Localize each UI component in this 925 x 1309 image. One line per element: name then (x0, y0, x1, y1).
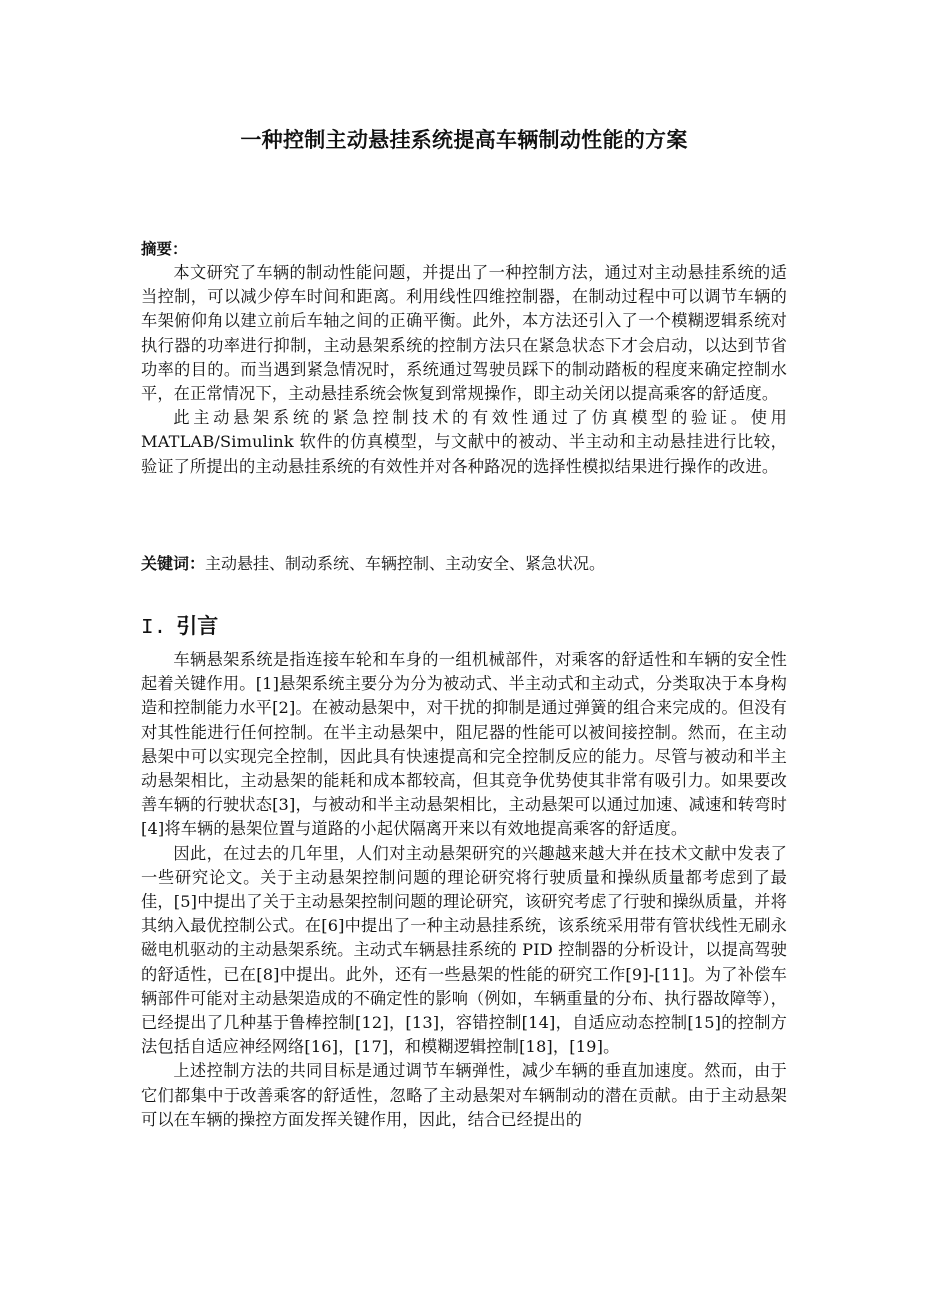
body-paragraph: 车辆悬架系统是指连接车轮和车身的一组机械部件，对乘客的舒适性和车辆的安全性起着关… (141, 648, 787, 842)
body-paragraph: 上述控制方法的共同目标是通过调节车辆弹性，减少车辆的垂直加速度。然而，由于它们都… (141, 1059, 787, 1132)
abstract-label: 摘要： (141, 237, 188, 259)
keywords-label: 关键词： (141, 554, 205, 573)
section-heading: I.引言 (141, 610, 218, 640)
keywords-text: 主动悬挂、制动系统、车辆控制、主动安全、紧急状况。 (205, 554, 605, 573)
section-body: 车辆悬架系统是指连接车轮和车身的一组机械部件，对乘客的舒适性和车辆的安全性起着关… (141, 648, 787, 1132)
body-paragraph: 因此，在过去的几年里，人们对主动悬架研究的兴趣越来越大并在技术文献中发表了一些研… (141, 842, 787, 1060)
keywords: 关键词：主动悬挂、制动系统、车辆控制、主动安全、紧急状况。 (141, 551, 605, 574)
paper-title: 一种控制主动悬挂系统提高车辆制动性能的方案 (141, 124, 787, 154)
abstract-body: 本文研究了车辆的制动性能问题，并提出了一种控制方法，通过对主动悬挂系统的适当控制… (141, 261, 787, 479)
section-number: I. (141, 617, 166, 640)
section-title: 引言 (176, 614, 218, 638)
abstract-paragraph: 本文研究了车辆的制动性能问题，并提出了一种控制方法，通过对主动悬挂系统的适当控制… (141, 261, 787, 406)
abstract-paragraph: 此主动悬架系统的紧急控制技术的有效性通过了仿真模型的验证。使用MATLAB/Si… (141, 406, 787, 479)
